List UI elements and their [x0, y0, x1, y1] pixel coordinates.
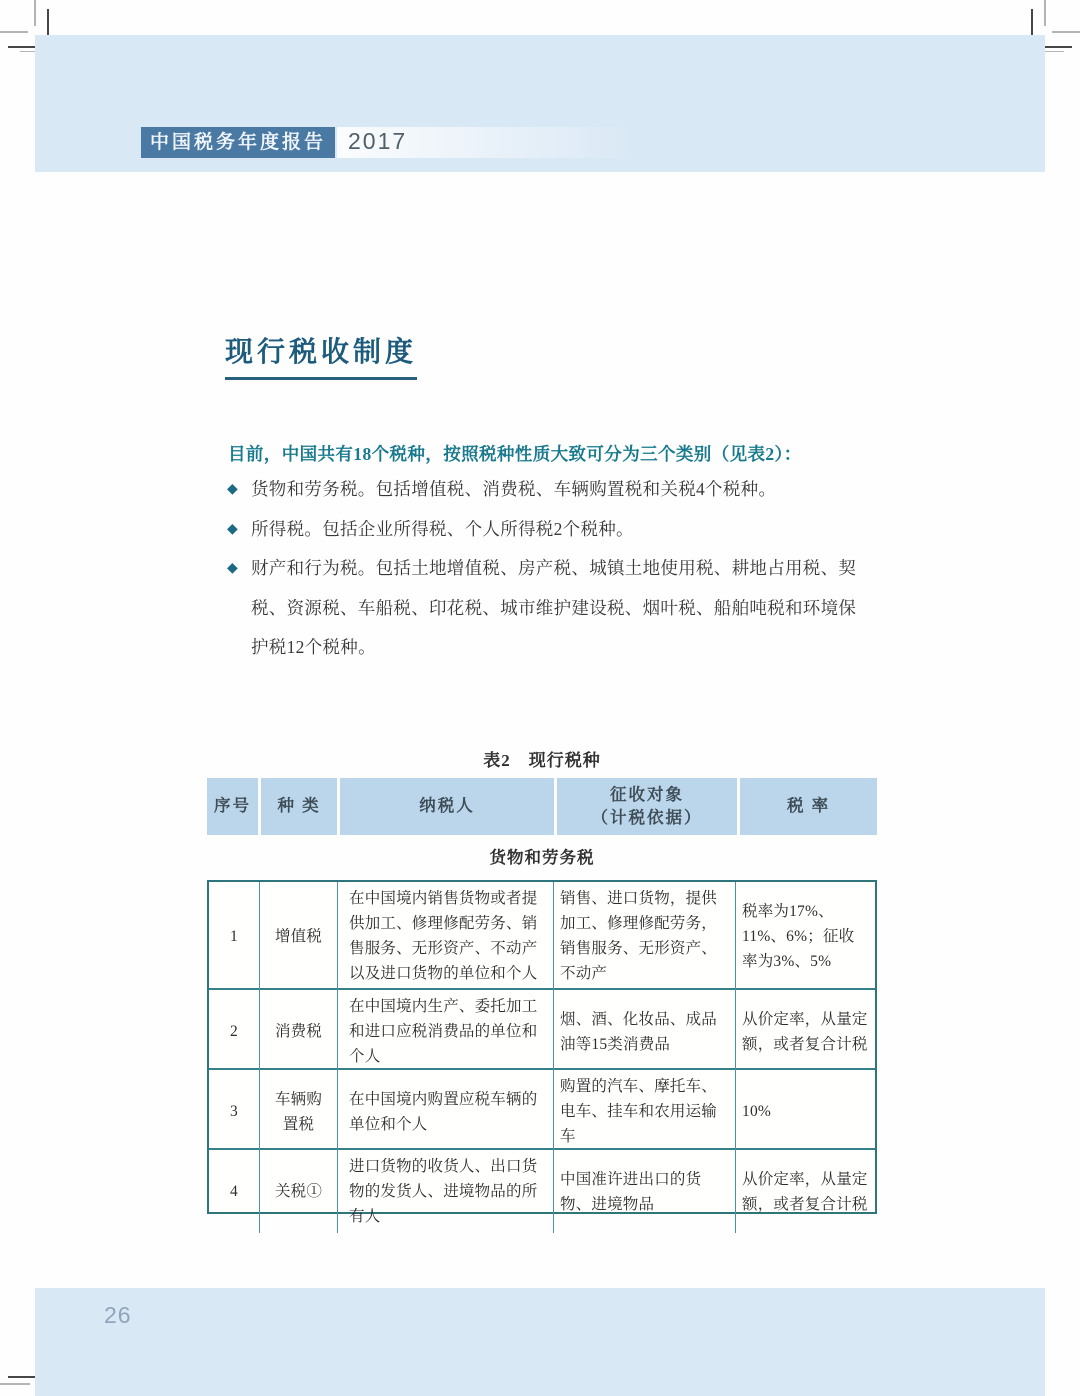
cell-index: 3: [209, 1070, 259, 1153]
list-item: ◆ 货物和劳务税。包括增值税、消费税、车辆购置税和关税4个税种。: [227, 470, 872, 510]
cell-tax-type: 车辆购置税: [259, 1070, 337, 1153]
column-header-type: 种 类: [258, 778, 337, 835]
cell-rate: 从价定率，从量定额，或者复合计税: [735, 1150, 875, 1233]
cell-object: 销售、进口货物，提供加工、修理修配劳务，销售服务、无形资产、不动产: [553, 882, 735, 990]
table-body: 1 增值税 在中国境内销售货物或者提供加工、修理修配劳务、销售服务、无形资产、不…: [207, 880, 877, 1214]
cell-object: 烟、酒、化妆品、成品油等15类消费品: [553, 990, 735, 1073]
cell-tax-type: 增值税: [259, 882, 337, 990]
list-item-text: 货物和劳务税。包括增值税、消费税、车辆购置税和关税4个税种。: [251, 470, 872, 510]
cell-object: 购置的汽车、摩托车、电车、挂车和农用运输车: [553, 1070, 735, 1153]
cell-index: 4: [209, 1150, 259, 1233]
cell-taxpayer: 在中国境内购置应税车辆的单位和个人: [337, 1070, 553, 1153]
table-row: 3 车辆购置税 在中国境内购置应税车辆的单位和个人 购置的汽车、摩托车、电车、挂…: [209, 1068, 875, 1148]
cell-rate: 税率为17%、11%、6%；征收率为3%、5%: [735, 882, 875, 990]
cell-rate: 从价定率，从量定额，或者复合计税: [735, 990, 875, 1073]
table-caption: 表2 现行税种: [207, 746, 877, 771]
diamond-bullet-icon: ◆: [227, 549, 251, 589]
diamond-bullet-icon: ◆: [227, 470, 251, 510]
cell-object: 中国准许进出口的货物、进境物品: [553, 1150, 735, 1233]
tax-category-list: ◆ 货物和劳务税。包括增值税、消费税、车辆购置税和关税4个税种。 ◆ 所得税。包…: [227, 470, 872, 668]
table-row: 4 关税① 进口货物的收货人、出口货物的发货人、进境物品的所有人 中国准许进出口…: [209, 1148, 875, 1212]
intro-paragraph: 目前，中国共有18个税种，按照税种性质大致可分为三个类别（见表2）：: [228, 441, 888, 466]
column-header-taxpayer: 纳税人: [337, 778, 554, 835]
crop-mark: [1052, 31, 1080, 33]
crop-mark: [0, 1383, 30, 1385]
crop-mark: [0, 31, 28, 33]
cell-rate: 10%: [735, 1070, 875, 1153]
cell-tax-type: 关税①: [259, 1150, 337, 1233]
table-header-row: 序号 种 类 纳税人 征收对象 （计税依据） 税 率: [207, 778, 877, 835]
table-row: 1 增值税 在中国境内销售货物或者提供加工、修理修配劳务、销售服务、无形资产、不…: [209, 882, 875, 988]
scanned-report-page: 中国税务年度报告 2017 现行税收制度 目前，中国共有18个税种，按照税种性质…: [0, 0, 1080, 1396]
report-title-badge: 中国税务年度报告: [141, 127, 335, 158]
report-year: 2017: [337, 127, 638, 158]
diamond-bullet-icon: ◆: [227, 510, 251, 550]
list-item: ◆ 所得税。包括企业所得税、个人所得税2个税种。: [227, 510, 872, 550]
crop-mark: [1044, 0, 1046, 26]
column-header-object: 征收对象 （计税依据）: [554, 778, 737, 835]
cell-tax-type: 消费税: [259, 990, 337, 1073]
cell-index: 1: [209, 882, 259, 990]
page-number: 26: [104, 1302, 132, 1329]
cell-taxpayer: 在中国境内生产、委托加工和进口应税消费品的单位和个人: [337, 990, 553, 1073]
list-item-text: 所得税。包括企业所得税、个人所得税2个税种。: [251, 510, 872, 550]
column-header-rate: 税 率: [737, 778, 877, 835]
column-header-index: 序号: [207, 778, 258, 835]
list-item-text: 财产和行为税。包括土地增值税、房产税、城镇土地使用税、耕地占用税、契税、资源税、…: [251, 549, 872, 668]
list-item: ◆ 财产和行为税。包括土地增值税、房产税、城镇土地使用税、耕地占用税、契税、资源…: [227, 549, 872, 668]
section-title: 现行税收制度: [225, 330, 417, 380]
page-footer-band: [35, 1288, 1045, 1396]
cell-taxpayer: 进口货物的收货人、出口货物的发货人、进境物品的所有人: [337, 1150, 553, 1233]
cell-taxpayer: 在中国境内销售货物或者提供加工、修理修配劳务、销售服务、无形资产、不动产以及进口…: [337, 882, 553, 990]
table-row: 2 消费税 在中国境内生产、委托加工和进口应税消费品的单位和个人 烟、酒、化妆品…: [209, 988, 875, 1068]
table-group-label: 货物和劳务税: [207, 835, 877, 880]
cell-index: 2: [209, 990, 259, 1073]
crop-mark: [34, 0, 36, 26]
